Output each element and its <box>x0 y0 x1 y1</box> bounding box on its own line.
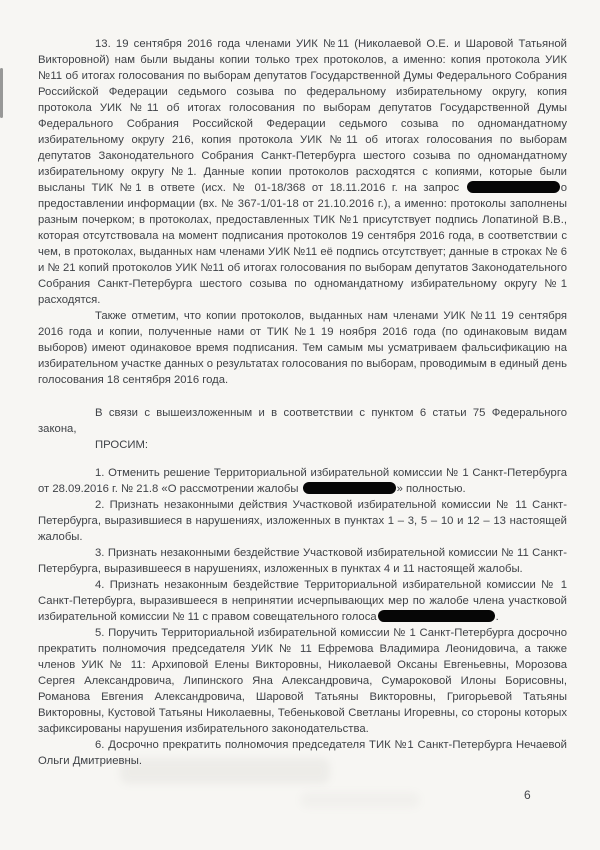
request-item-2: 2. Признать незаконными действия Участко… <box>38 497 567 545</box>
request-item-4-text-after-redaction: . <box>496 611 499 623</box>
redaction-bar <box>303 482 396 494</box>
request-item-5: 5. Поручить Территориальной избирательно… <box>38 625 567 737</box>
request-item-1: 1. Отменить решение Территориальной изби… <box>38 465 567 497</box>
document-body: 13. 19 сентября 2016 года членами УИК №1… <box>38 36 567 769</box>
request-item-3: 3. Признать незаконными бездействие Учас… <box>38 545 567 577</box>
paragraph-legal-basis: В связи с вышеизложенным и в соответстви… <box>38 405 567 437</box>
request-item-1-text-before-redaction: 1. Отменить решение Территориальной изби… <box>38 467 567 495</box>
request-item-4: 4. Признать незаконным бездействие Терри… <box>38 577 567 625</box>
paragraph-13-text-before-redaction: 13. 19 сентября 2016 года членами УИК №1… <box>38 38 567 194</box>
scanned-document-page: 13. 19 сентября 2016 года членами УИК №1… <box>0 0 600 850</box>
request-item-1-text-after-redaction: » полностью. <box>397 483 466 495</box>
paragraph-also-note: Также отметим, что копии протоколов, выд… <box>38 308 567 388</box>
request-items: 1. Отменить решение Территориальной изби… <box>38 465 567 769</box>
scan-smudge <box>300 792 420 808</box>
scan-edge-artifact <box>0 68 3 118</box>
redaction-bar <box>378 610 495 622</box>
request-item-6: 6. Досрочно прекратить полномочия предсе… <box>38 737 567 769</box>
request-heading: ПРОСИМ: <box>38 437 567 453</box>
paragraph-13-text-after-redaction: о предоставлении информации (вх. № 367-1… <box>38 182 567 306</box>
page-number: 6 <box>524 788 531 802</box>
redaction-bar <box>467 181 560 193</box>
paragraph-13: 13. 19 сентября 2016 года членами УИК №1… <box>38 36 567 308</box>
